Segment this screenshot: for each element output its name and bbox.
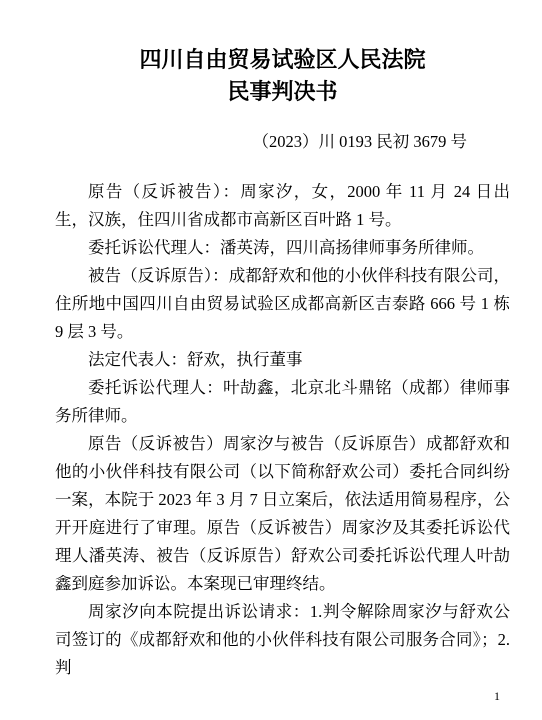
paragraph-legal-representative: 法定代表人：舒欢，执行董事 (55, 346, 510, 374)
document-header: 四川自由贸易试验区人民法院 民事判决书 (55, 44, 510, 108)
paragraph-defendant: 被告（反诉原告）：成都舒欢和他的小伙伴科技有限公司，住所地中国四川自由贸易试验区… (55, 262, 510, 346)
paragraph-plaintiff: 原告（反诉被告）：周家汐，女，2000 年 11 月 24 日出生，汉族，住四川… (55, 178, 510, 234)
paragraph-claims: 周家汐向本院提出诉讼请求：1.判令解除周家汐与舒欢公司签订的《成都舒欢和他的小伙… (55, 598, 510, 682)
document-body: 原告（反诉被告）：周家汐，女，2000 年 11 月 24 日出生，汉族，住四川… (55, 178, 510, 682)
document-title: 民事判决书 (55, 76, 510, 108)
case-number: （2023）川 0193 民初 3679 号 (55, 130, 510, 153)
paragraph-procedure: 原告（反诉被告）周家汐与被告（反诉原告）成都舒欢和他的小伙伴科技有限公司（以下简… (55, 430, 510, 598)
judgment-page: 四川自由贸易试验区人民法院 民事判决书 （2023）川 0193 民初 3679… (0, 0, 542, 720)
page-number: 1 (494, 690, 500, 702)
court-name: 四川自由贸易试验区人民法院 (55, 44, 510, 76)
paragraph-defendant-agent: 委托诉讼代理人：叶劼鑫，北京北斗鼎铭（成都）律师事务所律师。 (55, 374, 510, 430)
paragraph-plaintiff-agent: 委托诉讼代理人：潘英涛，四川高扬律师事务所律师。 (55, 234, 510, 262)
